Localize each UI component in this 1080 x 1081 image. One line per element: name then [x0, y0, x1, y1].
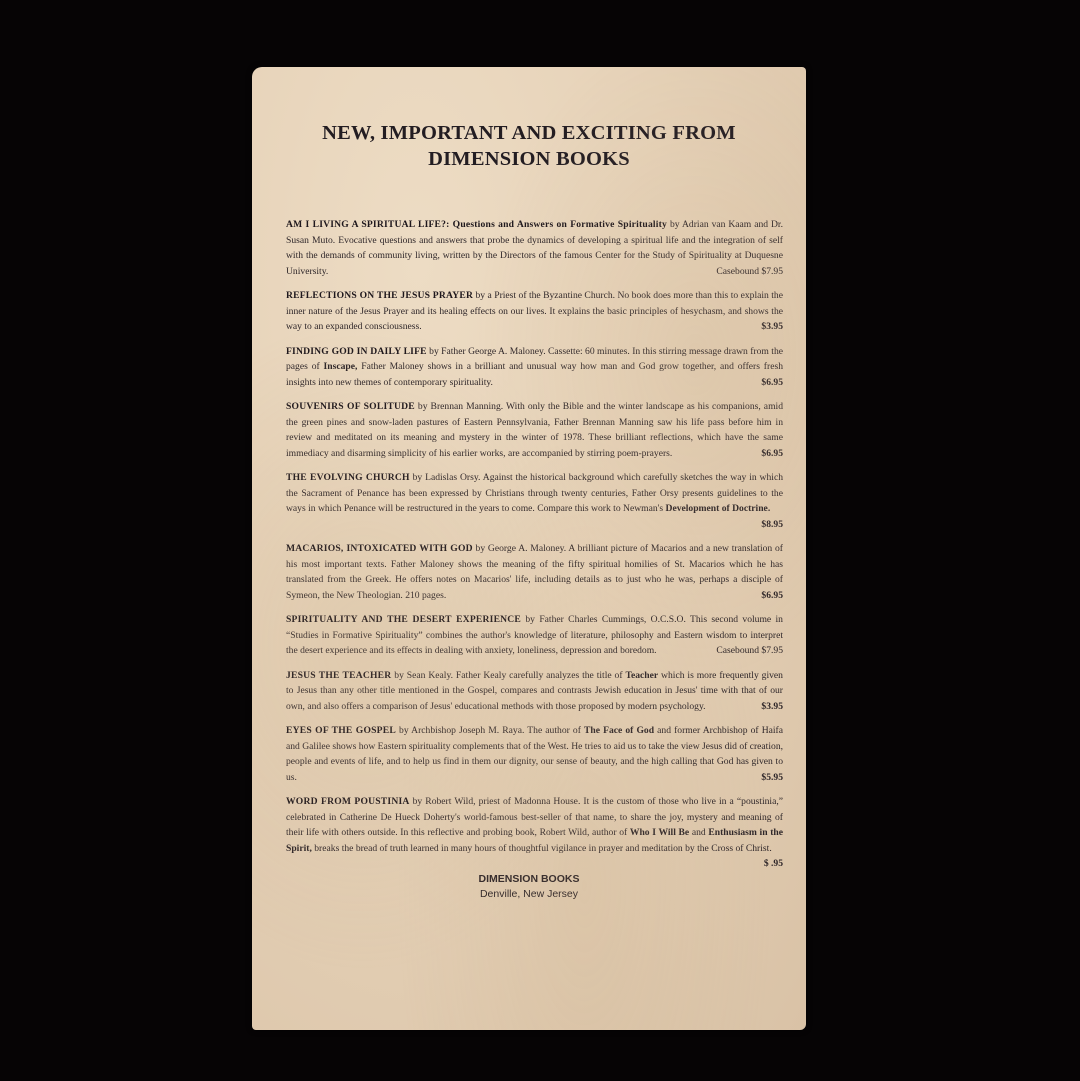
book-price: Casebound $7.95 [716, 643, 783, 659]
book-title: JESUS THE TEACHER [286, 670, 391, 681]
publisher-imprint: DIMENSION BOOKS Denville, New Jersey [252, 872, 806, 902]
book-entry: AM I LIVING A SPIRITUAL LIFE?: Questions… [286, 217, 783, 279]
book-entry: SPIRITUALITY AND THE DESERT EXPERIENCE b… [286, 612, 783, 659]
book-description: by Sean Kealy. Father Kealy carefully an… [391, 670, 625, 681]
heading-line-1: NEW, IMPORTANT AND EXCITING FROM [252, 120, 806, 146]
book-entry: FINDING GOD IN DAILY LIFE by Father Geor… [286, 344, 783, 391]
book-price: $6.95 [761, 446, 783, 462]
book-price: $3.95 [761, 319, 783, 335]
book-back-cover: NEW, IMPORTANT AND EXCITING FROM DIMENSI… [252, 67, 806, 1030]
book-list: AM I LIVING A SPIRITUAL LIFE?: Questions… [286, 217, 783, 881]
book-description-cont: breaks the bread of truth learned in man… [312, 843, 772, 854]
referenced-title: Teacher [625, 670, 658, 681]
book-entry: MACARIOS, INTOXICATED WITH GOD by George… [286, 541, 783, 603]
heading-line-2: DIMENSION BOOKS [252, 146, 806, 172]
book-title: SPIRITUALITY AND THE DESERT EXPERIENCE [286, 614, 521, 625]
publisher-name: DIMENSION BOOKS [252, 872, 806, 887]
book-entry: EYES OF THE GOSPEL by Archbishop Joseph … [286, 723, 783, 785]
book-price: $ .95 [764, 856, 783, 872]
book-price: $5.95 [761, 770, 783, 786]
referenced-title: Inscape, [324, 361, 358, 372]
book-description-cont: Father Maloney shows in a brilliant and … [286, 361, 783, 388]
book-title: SOUVENIRS OF SOLITUDE [286, 401, 415, 412]
cover-heading: NEW, IMPORTANT AND EXCITING FROM DIMENSI… [252, 120, 806, 172]
book-entry: WORD FROM POUSTINIA by Robert Wild, prie… [286, 794, 783, 872]
book-title: REFLECTIONS ON THE JESUS PRAYER [286, 290, 473, 301]
book-title: MACARIOS, INTOXICATED WITH GOD [286, 543, 473, 554]
book-price: $6.95 [761, 588, 783, 604]
book-entry: SOUVENIRS OF SOLITUDE by Brennan Manning… [286, 399, 783, 461]
referenced-title: Who I Will Be [630, 827, 689, 838]
book-entry: JESUS THE TEACHER by Sean Kealy. Father … [286, 668, 783, 715]
book-title: AM I LIVING A SPIRITUAL LIFE?: Questions… [286, 219, 667, 230]
book-title: WORD FROM POUSTINIA [286, 796, 410, 807]
book-price: Casebound $7.95 [716, 264, 783, 280]
publisher-location: Denville, New Jersey [252, 887, 806, 902]
book-description: by Archbishop Joseph M. Raya. The author… [396, 725, 584, 736]
book-price: $6.95 [761, 375, 783, 391]
book-entry: REFLECTIONS ON THE JESUS PRAYER by a Pri… [286, 288, 783, 335]
book-price: $8.95 [761, 517, 783, 533]
book-title: THE EVOLVING CHURCH [286, 472, 410, 483]
book-price: $3.95 [761, 699, 783, 715]
book-title: EYES OF THE GOSPEL [286, 725, 396, 736]
book-description-mid: and [689, 827, 708, 838]
referenced-title: The Face of God [584, 725, 654, 736]
book-title: FINDING GOD IN DAILY LIFE [286, 346, 427, 357]
book-entry: THE EVOLVING CHURCH by Ladislas Orsy. Ag… [286, 470, 783, 532]
referenced-title: Development of Doctrine. [666, 503, 771, 514]
